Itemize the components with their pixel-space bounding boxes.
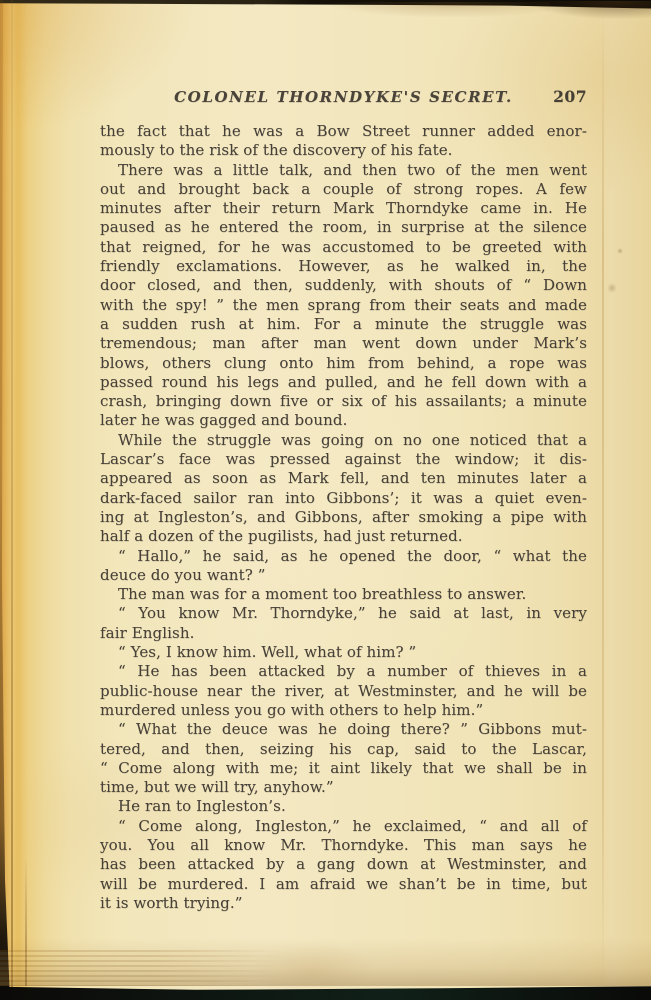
- text-line: minutes after their return Mark Thorndyk…: [100, 199, 587, 218]
- text-line: “ Hallo,” he said, as he opened the door…: [100, 547, 587, 566]
- page-crease-left: [11, 0, 13, 1000]
- scan-smudge-top-center: [330, 2, 550, 17]
- text-line: ing at Ingleston’s, and Gibbons, after s…: [100, 508, 587, 527]
- text-line: public-house near the river, at Westmins…: [100, 682, 587, 701]
- text-line: tered, and then, seizing his cap, said t…: [100, 740, 587, 759]
- running-header: COLONEL THORNDYKE'S SECRET. 207: [100, 87, 587, 107]
- text-line: The man was for a moment too breathless …: [100, 585, 587, 604]
- page-stack-edges-bottom: [0, 950, 280, 986]
- text-line: “ Yes, I know him. Well, what of him? ”: [100, 643, 587, 662]
- text-line: “ Come along with me; it aint likely tha…: [100, 759, 587, 778]
- text-line: friendly exclamations. However, as he wa…: [100, 257, 587, 276]
- text-line: “ What the deuce was he doing there? ” G…: [100, 720, 587, 739]
- page-edge-left: [0, 0, 10, 1000]
- text-line: time, but we will try, anyhow.”: [100, 778, 587, 797]
- text-line: door closed, and then, suddenly, with sh…: [100, 276, 587, 295]
- text-line: half a dozen of the pugilists, had just …: [100, 527, 587, 546]
- text-line: that reigned, for he was accustomed to b…: [100, 238, 587, 257]
- text-line: a sudden rush at him. For a minute the s…: [100, 315, 587, 334]
- text-line: While the struggle was going on no one n…: [100, 431, 587, 450]
- text-block: the fact that he was a Bow Street runner…: [100, 122, 587, 913]
- page-number: 207: [553, 87, 587, 107]
- text-line: tremendous; man after man went down unde…: [100, 334, 587, 353]
- text-line: “ You know Mr. Thorndyke,” he said at la…: [100, 604, 587, 623]
- text-line: “ He has been attacked by a number of th…: [100, 662, 587, 681]
- text-line: passed round his legs and pulled, and he…: [100, 373, 587, 392]
- text-line: has been attacked by a gang down at West…: [100, 855, 587, 874]
- text-line: Lascar’s face was pressed against the wi…: [100, 450, 587, 469]
- text-line: will be murdered. I am afraid we shan’t …: [100, 875, 587, 894]
- text-line: appeared as soon as Mark fell, and ten m…: [100, 469, 587, 488]
- page-edge-right: [602, 8, 604, 986]
- text-line: with the spy! ” the men sprang from thei…: [100, 296, 587, 315]
- running-header-title: COLONEL THORNDYKE'S SECRET.: [100, 87, 587, 107]
- text-line: blows, others clung onto him from behind…: [100, 354, 587, 373]
- text-line: paused as he entered the room, in surpri…: [100, 218, 587, 237]
- text-line: deuce do you want? ”: [100, 566, 587, 585]
- text-line: murdered unless you go with others to he…: [100, 701, 587, 720]
- scan-border-bottom: [0, 985, 651, 1000]
- text-line: the fact that he was a Bow Street runner…: [100, 122, 587, 141]
- text-line: mously to the risk of the discovery of h…: [100, 141, 587, 160]
- text-line: it is worth trying.”: [100, 894, 587, 913]
- text-line: later he was gagged and bound.: [100, 411, 587, 430]
- text-line: you. You all know Mr. Thorndyke. This ma…: [100, 836, 587, 855]
- text-line: dark-faced sailor ran into Gibbons’; it …: [100, 489, 587, 508]
- text-line: He ran to Ingleston’s.: [100, 797, 587, 816]
- text-line: out and brought back a couple of strong …: [100, 180, 587, 199]
- text-line: There was a little talk, and then two of…: [100, 161, 587, 180]
- scanned-page: COLONEL THORNDYKE'S SECRET. 207 the fact…: [0, 0, 651, 1000]
- text-line: crash, bringing down five or six of his …: [100, 392, 587, 411]
- text-line: fair English.: [100, 624, 587, 643]
- text-line: “ Come along, Ingleston,” he exclaimed, …: [100, 817, 587, 836]
